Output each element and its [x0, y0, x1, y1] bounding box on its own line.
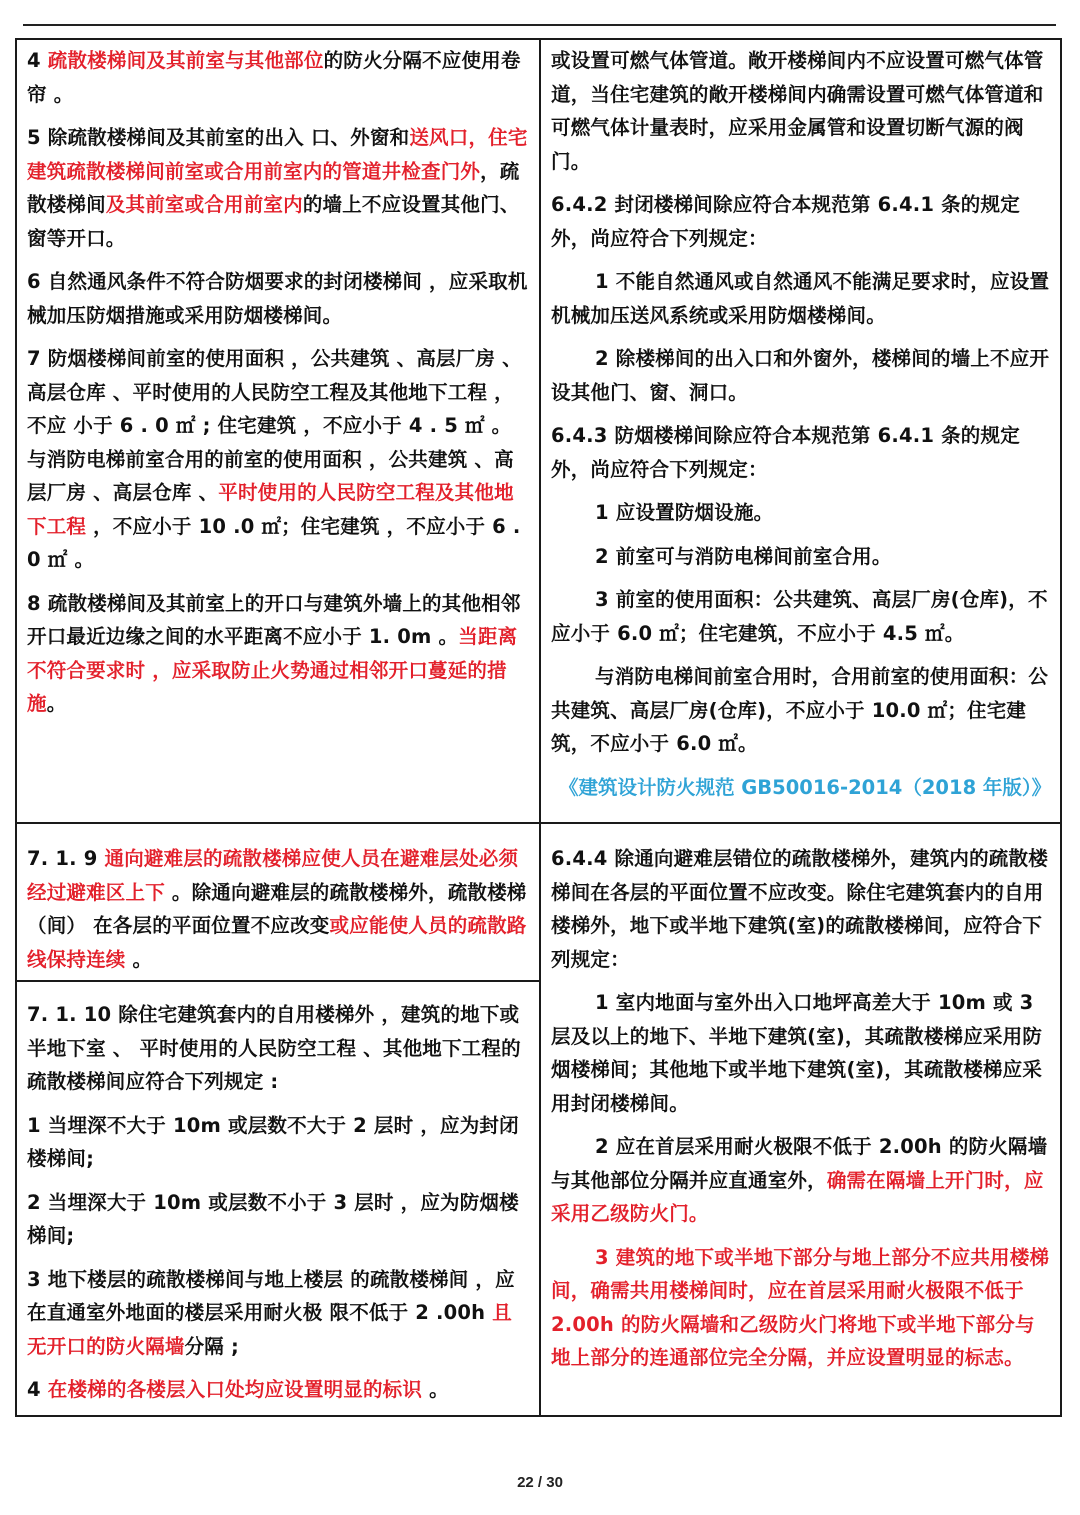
clause-paragraph: 3 地下楼层的疏散楼梯间与地上楼层 的疏散楼梯间 ，应在直通室外地面的楼层采用耐…: [27, 1263, 529, 1364]
clause-paragraph: 8 疏散楼梯间及其前室上的开口与建筑外墙上的其他相邻开口最近边缘之间的水平距离不…: [27, 587, 529, 721]
body-text: 7. 1. 9: [27, 847, 105, 870]
clause-paragraph: 5 除疏散楼梯间及其前室的出入 口、外窗和送风口，住宅建筑疏散楼梯间前室或合用前…: [27, 121, 529, 255]
clause-paragraph: 4 在楼梯的各楼层入口处均应设置明显的标识 。: [27, 1373, 529, 1407]
body-text: 分隔 ;: [185, 1335, 239, 1358]
cell-gb50016-stair-rules: 或设置可燃气体管道。敞开楼梯间内不应设置可燃气体管道，当住宅建筑的敞开楼梯间内确…: [541, 40, 1062, 822]
clause-paragraph: 7 防烟楼梯间前室的使用面积 ，公共建筑 、高层厂房 、高层仓库 、平时使用的人…: [27, 342, 529, 577]
clause-paragraph: 2 应在首层采用耐火极限不低于 2.00h 的防火隔墙与其他部位分隔并应直通室外…: [551, 1130, 1052, 1231]
body-text: 。: [47, 692, 67, 715]
clause-paragraph: 3 建筑的地下或半地下部分与地上部分不应共用楼梯间，确需共用楼梯间时，应在首层采…: [551, 1241, 1052, 1375]
cell-clause-7-1-9: 7. 1. 9 通向避难层的疏散楼梯应使人员在避难层处必须经过避难区上下 。除通…: [17, 824, 539, 980]
body-text: 7. 1. 10 除住宅建筑套内的自用楼梯外 ，建筑的地下或半地下室 、 平时使…: [27, 1003, 521, 1093]
highlighted-text: 疏散楼梯间及其前室与其他部位: [48, 49, 324, 72]
header-rule: [23, 24, 1056, 26]
clause-paragraph: 1 应设置防烟设施。: [551, 496, 1052, 530]
cell-clause-6-4-4: 6.4.4 除通向避难层错位的疏散楼梯外，建筑内的疏散楼梯间在各层的平面位置不应…: [541, 824, 1062, 1415]
body-text: 或设置可燃气体管道。敞开楼梯间内不应设置可燃气体管道，当住宅建筑的敞开楼梯间内确…: [551, 49, 1044, 173]
clause-paragraph: 6.4.3 防烟楼梯间除应符合本规范第 6.4.1 条的规定外，尚应符合下列规定…: [551, 419, 1052, 486]
body-text: 。: [126, 948, 153, 971]
clause-paragraph: 6.4.4 除通向避难层错位的疏散楼梯外，建筑内的疏散楼梯间在各层的平面位置不应…: [551, 842, 1052, 976]
body-text: 3 地下楼层的疏散楼梯间与地上楼层 的疏散楼梯间 ，应在直通室外地面的楼层采用耐…: [27, 1268, 515, 1325]
comparison-table: 4 疏散楼梯间及其前室与其他部位的防火分隔不应使用卷帘 。5 除疏散楼梯间及其前…: [15, 38, 1062, 1417]
cell-new-code-stair-rules: 4 疏散楼梯间及其前室与其他部位的防火分隔不应使用卷帘 。5 除疏散楼梯间及其前…: [17, 40, 539, 822]
body-text: ，不应小于 10 .0 ㎡；住宅建筑 ，不应小于 6 . 0 ㎡ 。: [27, 515, 521, 572]
cell-clause-7-1-10: 7. 1. 10 除住宅建筑套内的自用楼梯外 ，建筑的地下或半地下室 、 平时使…: [17, 982, 539, 1415]
body-text: 1 应设置防烟设施。: [595, 501, 773, 524]
body-text: 4: [27, 49, 48, 72]
body-text: 6.4.4 除通向避难层错位的疏散楼梯外，建筑内的疏散楼梯间在各层的平面位置不应…: [551, 847, 1048, 971]
body-text: 6 自然通风条件不符合防烟要求的封闭楼梯间 ，应采取机械加压防烟措施或采用防烟楼…: [27, 270, 528, 327]
clause-paragraph: 与消防电梯间前室合用时，合用前室的使用面积：公共建筑、高层厂房(仓库)，不应小于…: [551, 660, 1052, 761]
body-text: 3 前室的使用面积：公共建筑、高层厂房(仓库)，不应小于 6.0 ㎡；住宅建筑，…: [551, 588, 1048, 645]
body-text: 与消防电梯间前室合用时，合用前室的使用面积：公共建筑、高层厂房(仓库)，不应小于…: [551, 665, 1048, 755]
body-text: 2 除楼梯间的出入口和外窗外，楼梯间的墙上不应开设其他门、窗、洞口。: [551, 347, 1049, 404]
highlighted-text: 3 建筑的地下或半地下部分与地上部分不应共用楼梯间，确需共用楼梯间时，应在首层采…: [551, 1246, 1049, 1370]
page-number: 22 / 30: [0, 1474, 1080, 1491]
highlighted-text: 及其前室或合用前室内: [106, 193, 303, 216]
clause-paragraph: 6 自然通风条件不符合防烟要求的封闭楼梯间 ，应采取机械加压防烟措施或采用防烟楼…: [27, 265, 529, 332]
clause-paragraph: 1 不能自然通风或自然通风不能满足要求时，应设置机械加压送风系统或采用防烟楼梯间…: [551, 265, 1052, 332]
body-text: 1 不能自然通风或自然通风不能满足要求时，应设置机械加压送风系统或采用防烟楼梯间…: [551, 270, 1049, 327]
body-text: 1 室内地面与室外出入口地坪高差大于 10m 或 3 层及以上的地下、半地下建筑…: [551, 991, 1042, 1115]
clause-paragraph: 1 室内地面与室外出入口地坪高差大于 10m 或 3 层及以上的地下、半地下建筑…: [551, 986, 1052, 1120]
body-text: 。: [422, 1378, 449, 1401]
body-text: 2 前室可与消防电梯间前室合用。: [595, 545, 892, 568]
body-text: 4: [27, 1378, 48, 1401]
body-text: 6.4.2 封闭楼梯间除应符合本规范第 6.4.1 条的规定外，尚应符合下列规定…: [551, 193, 1020, 250]
clause-paragraph: 2 除楼梯间的出入口和外窗外，楼梯间的墙上不应开设其他门、窗、洞口。: [551, 342, 1052, 409]
clause-paragraph: 4 疏散楼梯间及其前室与其他部位的防火分隔不应使用卷帘 。: [27, 44, 529, 111]
clause-paragraph: 2 当埋深大于 10m 或层数不小于 3 层时 ，应为防烟楼梯间;: [27, 1186, 529, 1253]
clause-paragraph: 2 前室可与消防电梯间前室合用。: [551, 540, 1052, 574]
source-citation: 《建筑设计防火规范 GB50016-2014（2018 年版）》: [551, 771, 1052, 804]
body-text: 6.4.3 防烟楼梯间除应符合本规范第 6.4.1 条的规定外，尚应符合下列规定…: [551, 424, 1020, 481]
body-text: 5 除疏散楼梯间及其前室的出入 口、外窗和: [27, 126, 409, 149]
clause-paragraph: 6.4.2 封闭楼梯间除应符合本规范第 6.4.1 条的规定外，尚应符合下列规定…: [551, 188, 1052, 255]
highlighted-text: 在楼梯的各楼层入口处均应设置明显的标识: [48, 1378, 422, 1401]
body-text: 8 疏散楼梯间及其前室上的开口与建筑外墙上的其他相邻开口最近边缘之间的水平距离不…: [27, 592, 521, 649]
clause-paragraph: 7. 1. 9 通向避难层的疏散楼梯应使人员在避难层处必须经过避难区上下 。除通…: [27, 842, 529, 976]
body-text: 2 当埋深大于 10m 或层数不小于 3 层时 ，应为防烟楼梯间;: [27, 1191, 519, 1248]
clause-paragraph: 3 前室的使用面积：公共建筑、高层厂房(仓库)，不应小于 6.0 ㎡；住宅建筑，…: [551, 583, 1052, 650]
clause-paragraph: 或设置可燃气体管道。敞开楼梯间内不应设置可燃气体管道，当住宅建筑的敞开楼梯间内确…: [551, 44, 1052, 178]
body-text: 1 当埋深不大于 10m 或层数不大于 2 层时 ，应为封闭楼梯间;: [27, 1114, 519, 1171]
clause-paragraph: 1 当埋深不大于 10m 或层数不大于 2 层时 ，应为封闭楼梯间;: [27, 1109, 529, 1176]
clause-paragraph: 7. 1. 10 除住宅建筑套内的自用楼梯外 ，建筑的地下或半地下室 、 平时使…: [27, 998, 529, 1099]
